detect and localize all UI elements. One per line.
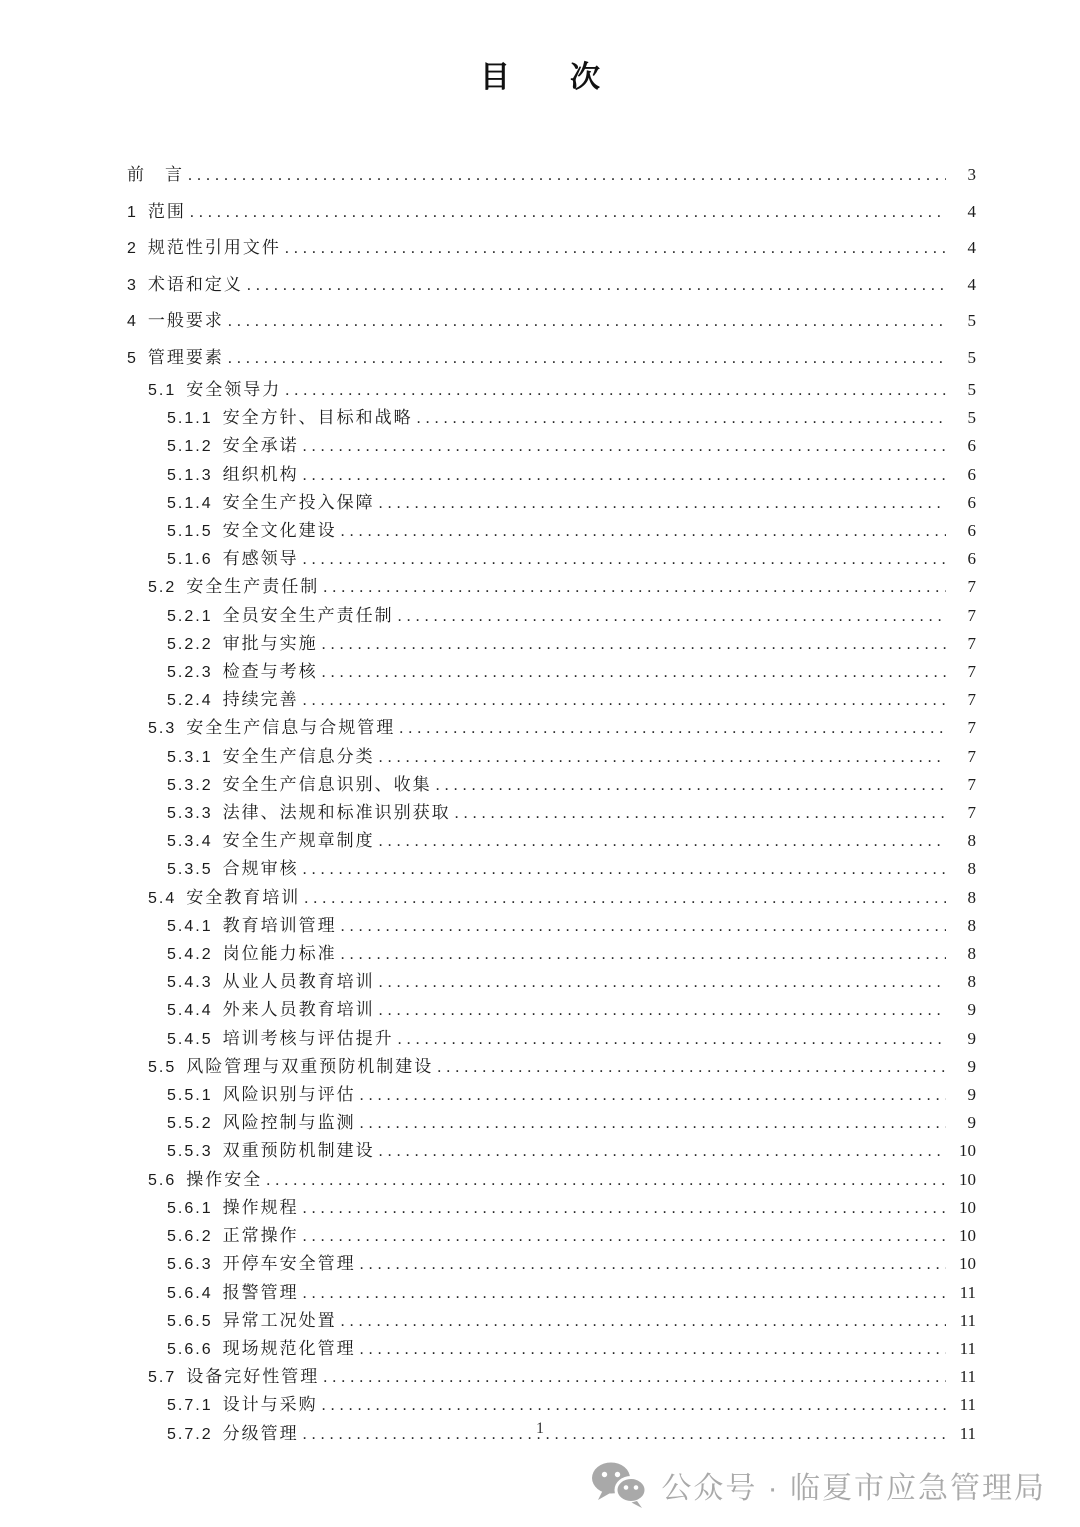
toc-entry-page: 7	[952, 686, 976, 713]
toc-entry-number: 5.1.3	[167, 462, 213, 489]
toc-entry-page: 11	[952, 1335, 976, 1362]
dot-leader-icon	[303, 1194, 946, 1222]
toc-entry-title: 安全生产责任制	[186, 573, 319, 600]
toc-entry-number: 5.3.3	[167, 800, 213, 827]
toc-entry-title: 岗位能力标准	[223, 940, 337, 967]
toc-entry-title: 安全文化建设	[223, 517, 337, 544]
toc-entry-title: 开停车安全管理	[223, 1250, 356, 1277]
dot-leader-icon	[360, 1081, 946, 1109]
toc-entry: 5.3.5合规审核8	[127, 855, 976, 883]
toc-entry: 5.1.1安全方针、目标和战略5	[127, 404, 976, 432]
toc-entry-page: 11	[952, 1363, 976, 1390]
toc-entry-title: 外来人员教育培训	[223, 996, 375, 1023]
toc-entry: 5.6.5异常工况处置11	[127, 1307, 976, 1335]
dot-leader-icon	[398, 602, 946, 630]
toc-entry-page: 8	[952, 827, 976, 854]
watermark: 公众号 · 临夏市应急管理局	[590, 1461, 1046, 1509]
toc-entry-title: 法律、法规和标准识别获取	[223, 799, 451, 826]
dot-leader-icon	[266, 1166, 946, 1194]
toc-entry-number: 5.4	[148, 885, 176, 912]
toc-entry-title: 安全教育培训	[186, 884, 300, 911]
dot-leader-icon	[360, 1109, 946, 1137]
toc-entry-number: 5.3.4	[167, 828, 213, 855]
toc-entry-number: 5.4.2	[167, 941, 213, 968]
toc-entry-number: 5.5.1	[167, 1082, 213, 1109]
dot-leader-icon	[303, 1222, 946, 1250]
toc-entry-number: 5.1.4	[167, 490, 213, 517]
toc-entry-number: 3	[127, 268, 138, 304]
toc-entry-number: 5.6.4	[167, 1280, 213, 1307]
dot-leader-icon	[379, 1137, 946, 1165]
dot-leader-icon	[323, 1363, 946, 1391]
toc-entry-title: 设计与采购	[223, 1391, 318, 1418]
toc-entry: 5.4.4外来人员教育培训9	[127, 996, 976, 1024]
dot-leader-icon	[379, 996, 946, 1024]
toc-entry-page: 10	[952, 1222, 976, 1249]
toc-entry-title: 一般要求	[148, 303, 224, 339]
toc-entry-title: 正常操作	[223, 1222, 299, 1249]
dot-leader-icon	[379, 743, 946, 771]
page-title: 目 次	[0, 52, 1080, 96]
toc-entry: 前 言3	[127, 157, 976, 194]
toc-entry-title: 合规审核	[223, 855, 299, 882]
toc-entry-title: 持续完善	[223, 686, 299, 713]
toc-entry: 4一般要求5	[127, 303, 976, 340]
dot-leader-icon	[228, 340, 946, 377]
dot-leader-icon	[341, 1307, 946, 1335]
toc-entry-title: 有感领导	[223, 545, 299, 572]
toc-entry-title: 双重预防机制建设	[223, 1137, 375, 1164]
toc-entry-title: 报警管理	[223, 1279, 299, 1306]
dot-leader-icon	[341, 912, 946, 940]
toc-entry-page: 11	[952, 1307, 976, 1334]
toc-entry-title: 风险识别与评估	[223, 1081, 356, 1108]
dot-leader-icon	[379, 827, 946, 855]
toc-entry: 1范围4	[127, 194, 976, 231]
toc-entry-number: 2	[127, 231, 138, 267]
toc-entry-title: 规范性引用文件	[148, 230, 281, 266]
dot-leader-icon	[303, 461, 946, 489]
toc-entry-title: 全员安全生产责任制	[223, 602, 394, 629]
toc-entry-page: 5	[952, 376, 976, 403]
toc-entry: 5.5.1风险识别与评估9	[127, 1081, 976, 1109]
toc-entry-number: 5.1.6	[167, 546, 213, 573]
toc-entry-number: 5.7.1	[167, 1392, 213, 1419]
toc-entry-number: 5.3.1	[167, 744, 213, 771]
footer-page-number: 1	[0, 1420, 1080, 1438]
toc-entry-number: 5.7	[148, 1364, 176, 1391]
toc-entry-number: 5.4.5	[167, 1026, 213, 1053]
toc-entry-page: 8	[952, 855, 976, 882]
dot-leader-icon	[417, 404, 946, 432]
toc-entry: 5.2安全生产责任制7	[127, 573, 976, 601]
dot-leader-icon	[379, 489, 946, 517]
toc-entry-title: 安全领导力	[186, 376, 281, 403]
dot-leader-icon	[303, 686, 946, 714]
dot-leader-icon	[285, 230, 946, 267]
toc-entry-title: 安全承诺	[223, 432, 299, 459]
toc-entry: 5.6.2正常操作10	[127, 1222, 976, 1250]
toc-entry: 5.5.2风险控制与监测9	[127, 1109, 976, 1137]
toc-entry-number: 5.6.1	[167, 1195, 213, 1222]
toc-entry-page: 7	[952, 799, 976, 826]
toc-entry-number: 5.6.3	[167, 1251, 213, 1278]
toc-entry: 3术语和定义4	[127, 267, 976, 304]
toc-entry: 5.2.2审批与实施7	[127, 630, 976, 658]
toc-entry-number: 5.5.3	[167, 1138, 213, 1165]
toc-entry-page: 8	[952, 940, 976, 967]
toc-entry-number: 5.1	[148, 377, 176, 404]
toc-entry: 5.3.2安全生产信息识别、收集7	[127, 771, 976, 799]
toc-entry: 2规范性引用文件4	[127, 230, 976, 267]
toc-entry-page: 9	[952, 1081, 976, 1108]
toc-entry-page: 4	[952, 230, 976, 266]
toc-entry-page: 6	[952, 461, 976, 488]
toc-entry-title: 操作规程	[223, 1194, 299, 1221]
toc-entry: 5.5风险管理与双重预防机制建设9	[127, 1053, 976, 1081]
toc-entry-title: 组织机构	[223, 461, 299, 488]
toc-entry-number: 5.2	[148, 574, 176, 601]
dot-leader-icon	[341, 940, 946, 968]
toc-entry-page: 8	[952, 912, 976, 939]
toc-entry-title: 安全生产规章制度	[223, 827, 375, 854]
toc-entry-title: 风险控制与监测	[223, 1109, 356, 1136]
toc-entry-number: 5.1.1	[167, 405, 213, 432]
dot-leader-icon	[303, 545, 946, 573]
dot-leader-icon	[322, 658, 946, 686]
toc-entry-title: 安全生产信息分类	[223, 743, 375, 770]
toc-entry-number: 5.6.2	[167, 1223, 213, 1250]
toc-entry-page: 9	[952, 996, 976, 1023]
toc-entry-page: 8	[952, 884, 976, 911]
toc-entry-page: 7	[952, 714, 976, 741]
dot-leader-icon	[190, 194, 946, 231]
toc-entry: 5.4.3从业人员教育培训8	[127, 968, 976, 996]
toc-entry-page: 6	[952, 432, 976, 459]
toc-entry-title: 异常工况处置	[223, 1307, 337, 1334]
toc-entry: 5.6.3开停车安全管理10	[127, 1250, 976, 1278]
dot-leader-icon	[436, 771, 946, 799]
toc-entry-page: 6	[952, 517, 976, 544]
toc-entry-page: 5	[952, 340, 976, 376]
toc-entry-title: 管理要素	[148, 340, 224, 376]
dot-leader-icon	[455, 799, 946, 827]
toc-entry-page: 10	[952, 1250, 976, 1277]
toc-entry-number: 5.4.3	[167, 969, 213, 996]
toc-entry-title: 安全生产信息与合规管理	[186, 714, 395, 741]
watermark-text: 公众号 · 临夏市应急管理局	[661, 1463, 1046, 1507]
toc-entry-page: 10	[952, 1137, 976, 1164]
toc-entry: 5.5.3双重预防机制建设10	[127, 1137, 976, 1165]
toc-entry: 5.3.4安全生产规章制度8	[127, 827, 976, 855]
toc-entry-number: 5.2.3	[167, 659, 213, 686]
toc-entry: 5.2.4持续完善7	[127, 686, 976, 714]
toc-entry-title: 设备完好性管理	[186, 1363, 319, 1390]
toc-entry-page: 4	[952, 267, 976, 303]
toc-entry-page: 6	[952, 489, 976, 516]
toc-entry-title: 操作安全	[186, 1166, 262, 1193]
toc-entry: 5.3.3法律、法规和标准识别获取7	[127, 799, 976, 827]
toc-entry: 5.4.1教育培训管理8	[127, 912, 976, 940]
toc-entry: 5.2.3检查与考核7	[127, 658, 976, 686]
toc-entry-number: 5.2.4	[167, 687, 213, 714]
toc-entry-number: 5.3.2	[167, 772, 213, 799]
dot-leader-icon	[322, 1391, 946, 1419]
toc-entry-number: 5.5.2	[167, 1110, 213, 1137]
toc-entry-title: 安全生产投入保障	[223, 489, 375, 516]
toc-entry-page: 8	[952, 968, 976, 995]
toc-entry: 5.6.1操作规程10	[127, 1194, 976, 1222]
table-of-contents: 前 言31范围42规范性引用文件43术语和定义44一般要求55管理要素55.1安…	[127, 157, 976, 1448]
toc-entry: 5.2.1全员安全生产责任制7	[127, 602, 976, 630]
dot-leader-icon	[341, 517, 946, 545]
dot-leader-icon	[303, 855, 946, 883]
toc-entry-number: 5.5	[148, 1054, 176, 1081]
toc-entry-page: 5	[952, 404, 976, 431]
dot-leader-icon	[360, 1335, 946, 1363]
toc-entry-number: 4	[127, 304, 138, 340]
dot-leader-icon	[379, 968, 946, 996]
dot-leader-icon	[323, 573, 946, 601]
toc-entry: 5.4.2岗位能力标准8	[127, 940, 976, 968]
dot-leader-icon	[437, 1053, 946, 1081]
toc-entry-title: 风险管理与双重预防机制建设	[186, 1053, 433, 1080]
toc-entry-page: 7	[952, 602, 976, 629]
toc-entry-number: 5	[127, 341, 138, 377]
dot-leader-icon	[360, 1250, 946, 1278]
toc-entry: 5.1.2安全承诺6	[127, 432, 976, 460]
toc-entry: 5.1.6有感领导6	[127, 545, 976, 573]
toc-entry-number: 5.4.1	[167, 913, 213, 940]
toc-entry-number: 5.6.5	[167, 1308, 213, 1335]
toc-entry-number: 5.1.2	[167, 433, 213, 460]
toc-entry-page: 5	[952, 303, 976, 339]
toc-entry-number: 5.6	[148, 1167, 176, 1194]
toc-entry-page: 10	[952, 1166, 976, 1193]
toc-entry-page: 6	[952, 545, 976, 572]
toc-entry-page: 9	[952, 1053, 976, 1080]
toc-entry-number: 5.4.4	[167, 997, 213, 1024]
toc-entry-number: 5.6.6	[167, 1336, 213, 1363]
toc-entry-number: 5.1.5	[167, 518, 213, 545]
dot-leader-icon	[398, 1025, 946, 1053]
toc-entry-title: 安全生产信息识别、收集	[223, 771, 432, 798]
toc-entry: 5.6.4报警管理11	[127, 1279, 976, 1307]
dot-leader-icon	[188, 157, 946, 194]
toc-entry-page: 4	[952, 194, 976, 230]
toc-entry-title: 前 言	[127, 157, 184, 193]
toc-entry-title: 现场规范化管理	[223, 1335, 356, 1362]
toc-entry: 5.7设备完好性管理11	[127, 1363, 976, 1391]
toc-entry: 5.1.5安全文化建设6	[127, 517, 976, 545]
toc-entry-number: 5.2.2	[167, 631, 213, 658]
toc-entry: 5.1.3组织机构6	[127, 461, 976, 489]
toc-entry-title: 从业人员教育培训	[223, 968, 375, 995]
toc-entry-number: 1	[127, 195, 138, 231]
toc-entry-title: 审批与实施	[223, 630, 318, 657]
toc-entry: 5.1安全领导力5	[127, 376, 976, 404]
dot-leader-icon	[304, 884, 946, 912]
toc-entry-page: 7	[952, 743, 976, 770]
toc-entry-page: 3	[952, 157, 976, 193]
toc-entry-page: 11	[952, 1391, 976, 1418]
toc-entry-title: 检查与考核	[223, 658, 318, 685]
toc-entry-page: 11	[952, 1279, 976, 1306]
toc-entry: 5.4.5培训考核与评估提升9	[127, 1025, 976, 1053]
toc-entry-title: 安全方针、目标和战略	[223, 404, 413, 431]
wechat-icon	[590, 1461, 648, 1509]
toc-entry-title: 术语和定义	[148, 267, 243, 303]
toc-entry: 5.3安全生产信息与合规管理7	[127, 714, 976, 742]
toc-entry: 5.3.1安全生产信息分类7	[127, 743, 976, 771]
toc-entry-title: 范围	[148, 194, 186, 230]
toc-entry: 5.4安全教育培训8	[127, 884, 976, 912]
dot-leader-icon	[303, 432, 946, 460]
toc-entry-number: 5.3.5	[167, 856, 213, 883]
dot-leader-icon	[228, 303, 946, 340]
dot-leader-icon	[303, 1279, 946, 1307]
toc-entry-number: 5.3	[148, 715, 176, 742]
dot-leader-icon	[247, 267, 946, 304]
toc-entry-page: 7	[952, 630, 976, 657]
toc-entry: 5管理要素5	[127, 340, 976, 377]
dot-leader-icon	[322, 630, 946, 658]
toc-entry-page: 9	[952, 1109, 976, 1136]
toc-entry: 5.7.1设计与采购11	[127, 1391, 976, 1419]
toc-entry-page: 10	[952, 1194, 976, 1221]
dot-leader-icon	[285, 376, 946, 404]
toc-entry-number: 5.2.1	[167, 603, 213, 630]
dot-leader-icon	[399, 714, 946, 742]
toc-entry: 5.6操作安全10	[127, 1166, 976, 1194]
toc-entry-page: 7	[952, 573, 976, 600]
toc-entry-page: 7	[952, 771, 976, 798]
toc-entry-page: 9	[952, 1025, 976, 1052]
toc-entry: 5.1.4安全生产投入保障6	[127, 489, 976, 517]
toc-entry-title: 教育培训管理	[223, 912, 337, 939]
toc-entry: 5.6.6现场规范化管理11	[127, 1335, 976, 1363]
toc-entry-title: 培训考核与评估提升	[223, 1025, 394, 1052]
toc-entry-page: 7	[952, 658, 976, 685]
